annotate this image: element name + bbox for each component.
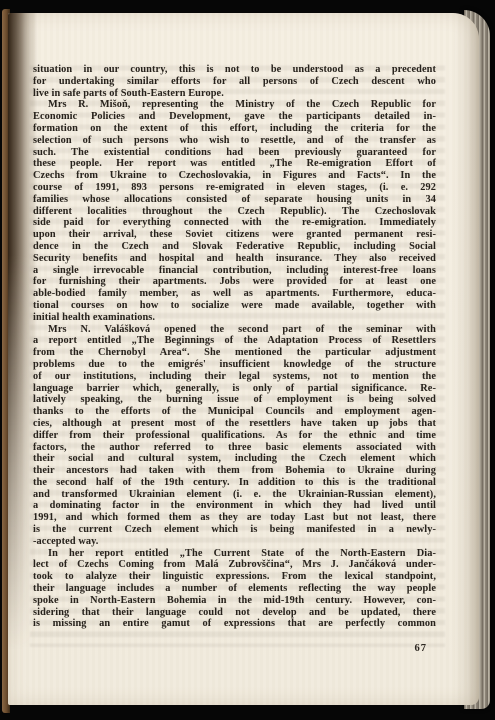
text-line: families whose allocations consisted of … [33, 194, 436, 206]
text-line: dence in the Czech and Slovak Federative… [33, 241, 436, 253]
text-block: situation in our country, this is not to… [33, 64, 436, 630]
text-line: such. The existential conditions had bee… [33, 147, 436, 159]
text-line: their social and cultural system, includ… [33, 453, 436, 465]
text-line: different localities throughout the Czec… [33, 206, 436, 218]
text-line: these people. Her report was entitled „T… [33, 158, 436, 170]
text-line: tional courses on how to socialize were … [33, 300, 436, 312]
text-line: took to alalyze their linguistic express… [33, 571, 436, 583]
text-line: problems due to the emigrés' insufficien… [33, 359, 436, 371]
paragraph: Mrs N. Valášková opened the second part … [33, 324, 436, 548]
text-line: In her report entitled „The Current Stat… [33, 548, 436, 560]
text-line: 1991, and which formed them as they are … [33, 512, 436, 524]
text-line: their ancestors had taken with them from… [33, 465, 436, 477]
text-line: cies, although at present most of the re… [33, 418, 436, 430]
text-line: initial health examinations. [33, 312, 436, 324]
text-line: for undertaking similar efforts for all … [33, 76, 436, 88]
text-line: Mrs N. Valášková opened the second part … [33, 324, 436, 336]
text-line: Security benefits and hospital and healt… [33, 253, 436, 265]
text-line: course of 1991, 893 persons re-emigrated… [33, 182, 436, 194]
text-line: from the Chernobyl Area“. She mentioned … [33, 347, 436, 359]
text-line: lect of Czechs Coming from Malá Zubrovšč… [33, 559, 436, 571]
text-line: for furnishing their apartments. Jobs we… [33, 276, 436, 288]
scanned-book-photo: situation in our country, this is not to… [0, 0, 495, 720]
text-line: upon their arrival, these Soviet citizen… [33, 229, 436, 241]
text-line: a single irrevocable financial contribut… [33, 265, 436, 277]
text-line: differ from their professional qualifica… [33, 430, 436, 442]
text-line: Czechs from Ukraine to Czechoslovakia, i… [33, 170, 436, 182]
text-line: factors, the author referred to three ba… [33, 442, 436, 454]
text-line: latively speaking, the burning issue of … [33, 394, 436, 406]
page-edge-shade [453, 13, 479, 705]
paragraph: situation in our country, this is not to… [33, 64, 436, 99]
text-line: is missing an entire gamut of expression… [33, 618, 436, 630]
text-line: -accepted way. [33, 536, 436, 548]
paragraph: In her report entitled „The Current Stat… [33, 548, 436, 631]
book-page: situation in our country, this is not to… [8, 13, 479, 705]
page-number: 67 [415, 643, 428, 654]
text-line: able-bodied family member, as well as ap… [33, 288, 436, 300]
text-line: is the current Czech element which is be… [33, 524, 436, 536]
text-line: a report entitled „The Beginnings of the… [33, 335, 436, 347]
text-line: side paid for everything connected with … [33, 217, 436, 229]
text-line: selection of such persons who wish to re… [33, 135, 436, 147]
text-line: formation on the extent of this effort, … [33, 123, 436, 135]
text-line: a dominating factor in the environment i… [33, 500, 436, 512]
text-line: Economic Policies and Development, gave … [33, 111, 436, 123]
text-line: thanks to the efforts of the Municipal C… [33, 406, 436, 418]
text-line: sidering that their language could not d… [33, 607, 436, 619]
text-line: spoke in North-Eastern Bohemia in the mi… [33, 595, 436, 607]
paragraph: Mrs R. Mišoň, representing the Ministry … [33, 99, 436, 323]
text-line: of our institutions, including their leg… [33, 371, 436, 383]
text-line: and transformed Ukrainian element (i. e.… [33, 489, 436, 501]
text-line: the second half of the 19th century. In … [33, 477, 436, 489]
text-line: live in safe parts of South-Eastern Euro… [33, 88, 436, 100]
text-line: their language includes a number of elem… [33, 583, 436, 595]
text-line: Mrs R. Mišoň, representing the Ministry … [33, 99, 436, 111]
text-line: situation in our country, this is not to… [33, 64, 436, 76]
text-line: language barrier which, generally, is on… [33, 383, 436, 395]
